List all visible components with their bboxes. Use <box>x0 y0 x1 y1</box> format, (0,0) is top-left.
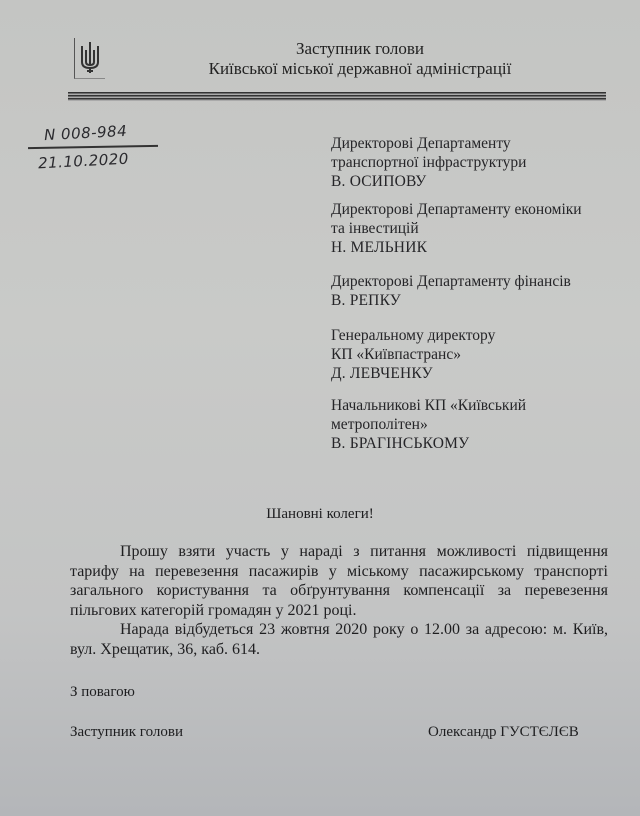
body-paragraph-1: Прошу взяти участь у нараді з питання мо… <box>70 542 608 620</box>
addressee-name: В. ОСИПОВУ <box>331 172 526 191</box>
addressee-block: Генеральному директору КП «Київпастранс»… <box>331 326 495 383</box>
addressee-position: Начальникові КП «Київський <box>331 396 526 415</box>
addressee-position: Директорові Департаменту <box>331 134 526 153</box>
body-paragraph-2: Нарада відбудеться 23 жовтня 2020 року о… <box>70 620 608 659</box>
salutation: Шановні колеги! <box>0 506 640 523</box>
closing-regards: З повагою <box>70 684 135 701</box>
addressee-position: Генеральному директору <box>331 326 495 345</box>
signer-title: Заступник голови <box>70 724 183 741</box>
header-title-line2: Київської міської державної адміністраці… <box>120 58 600 80</box>
registration-number: N 008-984 <box>44 122 128 144</box>
addressee-position: та інвестицій <box>331 219 582 238</box>
signer-name: Олександр ГУСТЄЛЄВ <box>428 724 579 741</box>
addressee-name: Н. МЕЛЬНИК <box>331 238 582 257</box>
addressee-block: Директорові Департаменту транспортної ін… <box>331 134 526 191</box>
addressee-position: метрополітен» <box>331 415 526 434</box>
registration-date: 21.10.2020 <box>38 150 130 173</box>
registration-divider <box>28 145 158 149</box>
header-title-line1: Заступник голови <box>120 38 600 60</box>
trident-icon <box>77 40 103 76</box>
addressee-name: В. РЕПКУ <box>331 291 571 310</box>
addressee-block: Директорові Департаменту економіки та ін… <box>331 200 582 257</box>
addressee-position: Директорові Департаменту фінансів <box>331 272 571 291</box>
addressee-position: транспортної інфраструктури <box>331 153 526 172</box>
coat-of-arms-emblem <box>74 38 105 79</box>
addressee-name: Д. ЛЕВЧЕНКУ <box>331 364 495 383</box>
addressee-name: В. БРАГІНСЬКОМУ <box>331 434 526 453</box>
addressee-position: Директорові Департаменту економіки <box>331 200 582 219</box>
addressee-position: КП «Київпастранс» <box>331 345 495 364</box>
header-divider <box>68 92 606 101</box>
addressee-block: Директорові Департаменту фінансів В. РЕП… <box>331 272 571 310</box>
addressee-block: Начальникові КП «Київський метрополітен»… <box>331 396 526 453</box>
